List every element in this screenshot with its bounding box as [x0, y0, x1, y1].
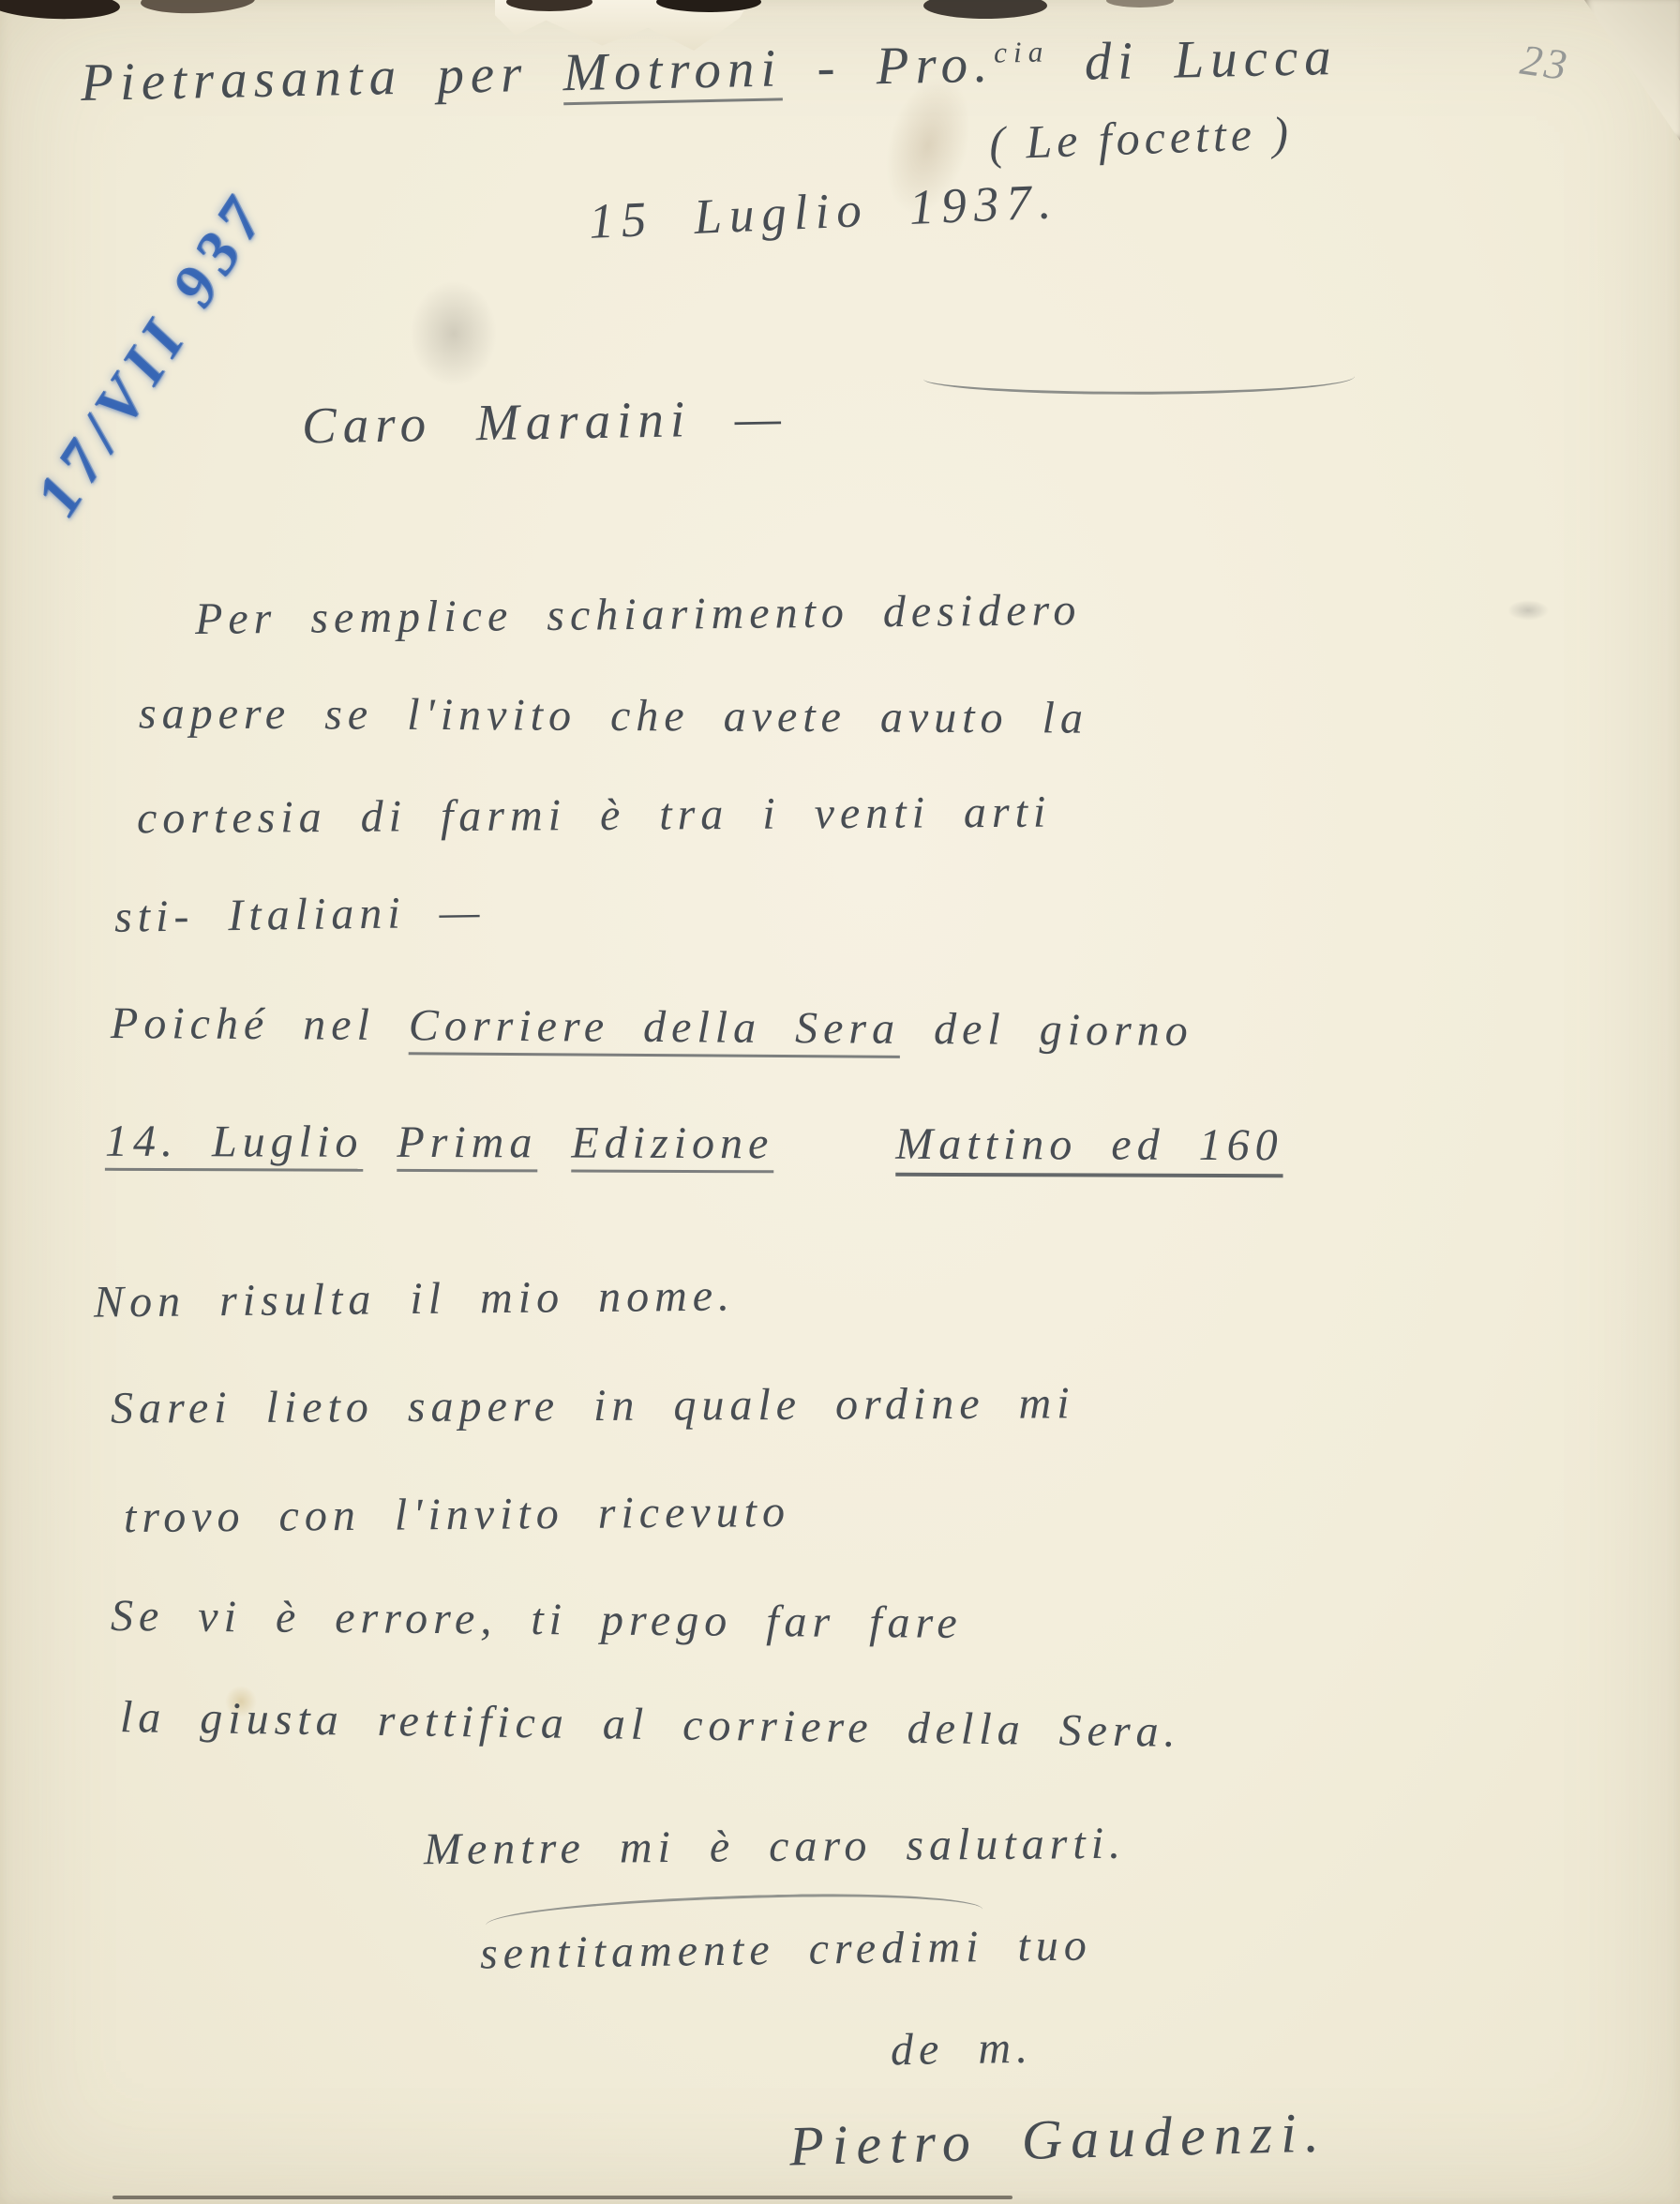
date-underlined: 14. Luglio [105, 1117, 364, 1167]
header-place: Pietrasanta per [80, 43, 563, 112]
closing-line: sentitamente credimi tuo [480, 1919, 1092, 1979]
body-line: Per semplice schiarimento desidero [195, 584, 1082, 645]
folded-corner [1584, 0, 1680, 141]
body-line: la giusta rettifica al corriere della Se… [120, 1691, 1181, 1758]
body-line: cortesia di farmi è tra i venti arti [137, 787, 1052, 845]
letter-page: 23 17/VII 937 Pietrasanta per Motroni - … [0, 0, 1680, 2204]
pen-flourish-under-motroni [923, 366, 1355, 397]
torn-edge-fragment [0, 0, 120, 21]
newspaper-name-underlined: Corriere della Sera [409, 1000, 901, 1054]
header-province-prefix: - Pro. [782, 35, 995, 98]
mattino-underlined: Mattino ed 160 [773, 1118, 1282, 1170]
body-line: Non risulta il mio nome. [94, 1269, 736, 1327]
edition-underlined: Edizione [571, 1118, 773, 1169]
body-text: Poiché nel [111, 998, 409, 1050]
date-line: 15 Luglio 1937. [588, 173, 1059, 250]
torn-edge-fragment [923, 0, 1047, 19]
header-province: di Lucca [1049, 27, 1338, 92]
edition-underlined: Prima [397, 1117, 537, 1168]
closing-line: de m. [891, 2022, 1034, 2077]
page-bottom-edge [112, 2196, 1012, 2199]
torn-edge-fragment [1106, 0, 1174, 7]
stain [1507, 600, 1549, 621]
torn-edge-fragment [141, 0, 256, 15]
stain [411, 281, 497, 386]
letterhead-line: Pietrasanta per Motroni - Pro.cia di Luc… [80, 26, 1338, 113]
header-province-superscript: cia [994, 35, 1050, 68]
closing-line: Mentre mi è caro salutarti. [424, 1818, 1126, 1876]
body-text: del giorno [900, 1004, 1193, 1056]
space [537, 1117, 571, 1167]
space [363, 1117, 397, 1167]
body-line: sapere se l'invito che avete avuto la [139, 687, 1088, 743]
signature: Pietro Gaudenzi. [788, 2101, 1327, 2180]
blue-crayon-annotation: 17/VII 937 [22, 179, 283, 529]
header-recipient-town: Motroni [562, 38, 783, 102]
salutation: Caro Maraini — [301, 387, 787, 455]
body-line: Sarei lieto sapere in quale ordine mi [111, 1377, 1075, 1433]
body-line: 14. Luglio Prima EdizioneMattino ed 160 [105, 1116, 1283, 1171]
location-note: ( Le focette ) [988, 105, 1294, 170]
body-line: trovo con l'invito ricevuto [124, 1486, 790, 1543]
body-line: sti- Italiani — [114, 886, 486, 943]
body-line: Se vi è errore, ti prego far fare [111, 1590, 963, 1649]
body-line: Poiché nel Corriere della Sera del giorn… [111, 997, 1193, 1057]
page-number-pencil: 23 [1518, 35, 1573, 91]
